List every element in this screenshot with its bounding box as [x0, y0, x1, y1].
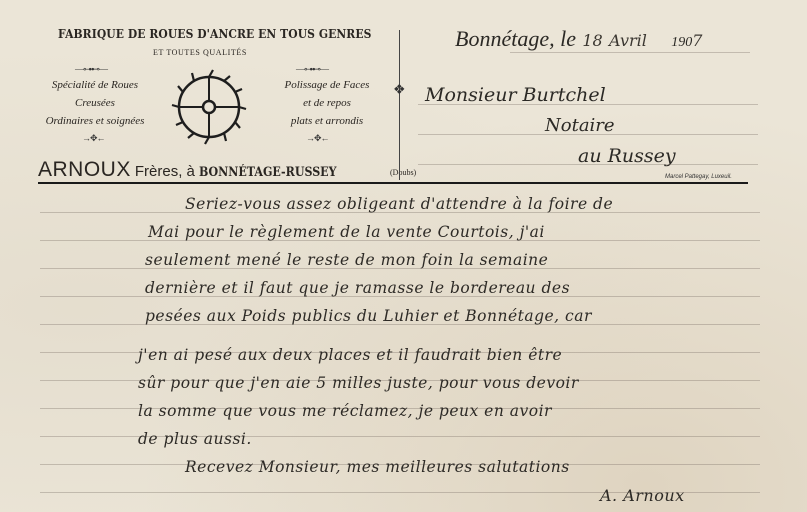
signature: A. Arnoux [600, 486, 685, 505]
letterhead-subtitle: ET TOUTES QUALITÉS [0, 48, 400, 57]
specialty-right: Polissage de Faces et de repos plats et … [262, 76, 392, 130]
body-line: de plus aussi. [138, 430, 252, 448]
ornament-icon: —⊶⊷— [75, 64, 107, 75]
recipient-title: Notaire [545, 115, 615, 136]
ruled-line [418, 104, 758, 105]
dateline: Bonnétage, le 18 Avril 1907 [455, 26, 702, 52]
ornament-icon: —⊶⊷— [296, 64, 328, 75]
company-freres: Frères, à [135, 163, 195, 180]
body-line: sûr pour que j'en aie 5 milles juste, po… [138, 374, 579, 392]
dateline-year-prefix: 190 [671, 35, 692, 50]
company-town: BONNÉTAGE-RUSSEY [199, 165, 336, 180]
specialty-line: Polissage de Faces [262, 76, 392, 94]
ruled-line [418, 134, 758, 135]
specialty-line: Spécialité de Roues [30, 76, 160, 94]
vertical-divider [399, 30, 400, 180]
recipient-name: Monsieur Burtchel [425, 84, 606, 106]
specialty-line: Ordinaires et soignées [30, 112, 160, 130]
dateline-day: 18 [582, 31, 602, 50]
body-line: Mai pour le règlement de la vente Courto… [148, 223, 545, 241]
dateline-year-suffix: 7 [692, 31, 702, 50]
specialty-left: Spécialité de Roues Creusées Ordinaires … [30, 76, 160, 130]
specialty-line: et de repos [262, 94, 392, 112]
dateline-month: Avril [609, 31, 647, 50]
body-line: pesées aux Poids publics du Luhier et Bo… [145, 307, 592, 325]
ornament-icon: →✥← [306, 133, 329, 144]
company-dept: (Doubs) [390, 168, 416, 177]
closing-line: Recevez Monsieur, mes meilleures salutat… [185, 458, 570, 476]
body-line: j'en ai pesé aux deux places et il faudr… [138, 346, 562, 364]
specialty-line: Creusées [30, 94, 160, 112]
printer-credit: Marcel Pattegay, Luxeuil. [665, 174, 732, 180]
body-line: Seriez-vous assez obligeant d'attendre à… [185, 195, 613, 213]
ruled-line [510, 52, 750, 53]
body-line: la somme que vous me réclamez, je peux e… [138, 402, 552, 420]
dateline-place: Bonnétage, le [455, 26, 576, 51]
escape-wheel-icon [168, 66, 250, 148]
ruled-line [418, 164, 758, 165]
company-line: ARNOUX Frères, à BONNÉTAGE-RUSSEY (Doubs… [38, 158, 361, 182]
body-line: dernière et il faut que je ramasse le bo… [145, 279, 570, 297]
letterhead-title: FABRIQUE DE ROUES D'ANCRE EN TOUS GENRES [58, 26, 371, 41]
letterhead-rule [38, 182, 748, 184]
divider-ornament-icon: ❖ [393, 82, 406, 99]
specialty-line: plats et arrondis [262, 112, 392, 130]
body-line: seulement mené le reste de mon foin la s… [145, 251, 548, 269]
ornament-icon: →✥← [82, 133, 105, 144]
company-name: ARNOUX [38, 158, 131, 181]
